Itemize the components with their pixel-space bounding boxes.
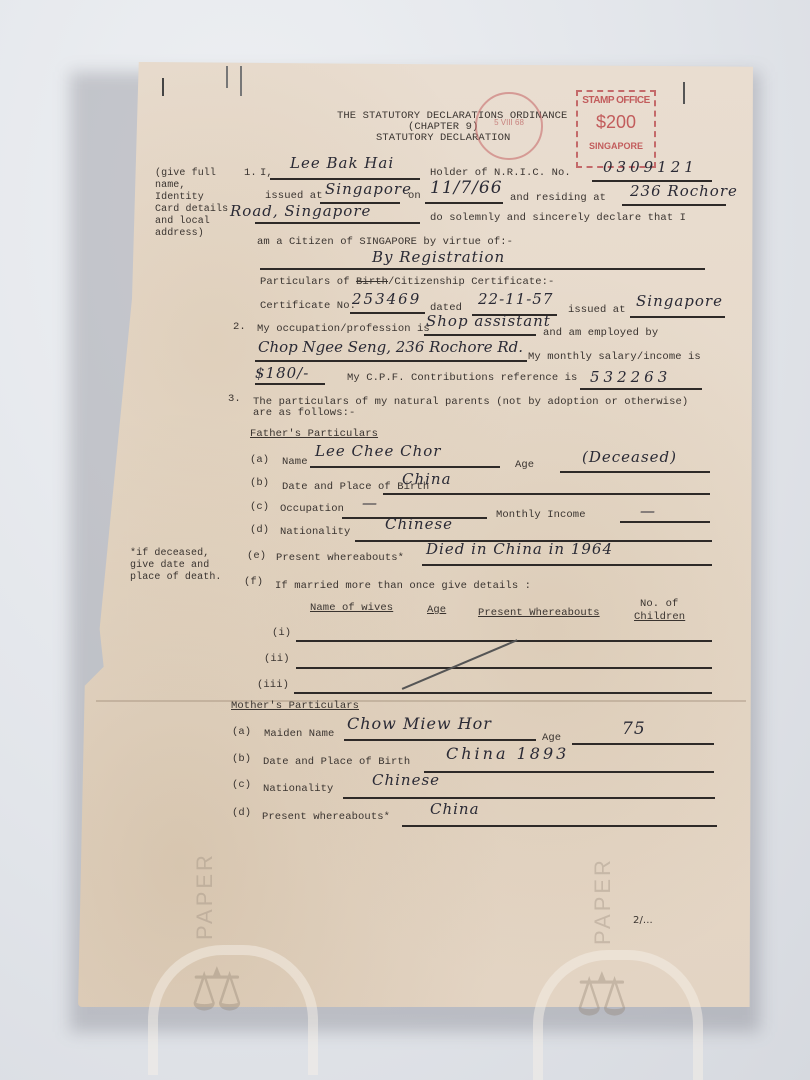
field-line [260, 268, 705, 270]
certificate-number: 253469 [352, 290, 421, 308]
father-d-label: (d) [250, 524, 269, 536]
father-a-label: (a) [250, 454, 269, 466]
wives-col-whereabouts: Present Whereabouts [478, 607, 600, 619]
father-nationality-label: Nationality [280, 526, 350, 538]
label-employed-by: and am employed by [543, 327, 658, 339]
label-citizen: am a Citizen of SINGAPORE by virtue of:- [257, 236, 513, 248]
scales-of-justice-icon: ⚖ [575, 960, 629, 1030]
cpf-reference: 532263 [590, 368, 671, 386]
pencil-mark [240, 66, 242, 96]
nric-number: 0309121 [603, 158, 698, 176]
employer: Chop Ngee Seng, 236 Rochore Rd. [258, 338, 523, 356]
father-age: (Deceased) [582, 448, 677, 466]
pencil-mark [226, 66, 228, 88]
father-income: — [640, 502, 656, 520]
mother-name-label: Maiden Name [264, 728, 334, 740]
margin-note-line: name, [155, 180, 186, 191]
mother-nationality-label: Nationality [263, 783, 333, 795]
wife-row-iii: (iii) [257, 679, 289, 691]
father-whereabouts-label: Present whereabouts* [276, 552, 404, 564]
margin-note-line: address) [155, 228, 204, 239]
father-b-label: (b) [250, 477, 269, 489]
field-line [422, 564, 712, 566]
field-line [425, 202, 503, 204]
wives-col-name: Name of wives [310, 602, 393, 614]
mother-nationality: Chinese [372, 771, 440, 789]
field-line [350, 312, 425, 314]
monthly-salary: $180/- [255, 364, 309, 382]
father-f-label: (f) [244, 576, 263, 588]
field-line [383, 493, 710, 495]
father-c-label: (c) [250, 501, 269, 513]
label-salary: My monthly salary/income is [528, 351, 701, 363]
label-particulars: Particulars of Birth/Citizenship Certifi… [260, 276, 554, 288]
nric-issue-date: 11/7/66 [430, 178, 503, 198]
father-occupation: — [362, 494, 378, 512]
field-line [560, 471, 710, 473]
address-line-2: Road, Singapore [230, 202, 371, 220]
paper-fold [96, 700, 746, 702]
margin-note-line: (give full [155, 168, 216, 179]
margin-note-line: and local [155, 216, 210, 227]
wives-col-children-2: Children [634, 611, 685, 623]
label-occupation: My occupation/profession is [257, 323, 430, 335]
father-age-label: Age [515, 459, 534, 471]
father-e-label: (e) [247, 550, 266, 562]
field-line [424, 771, 714, 773]
wives-col-children-1: No. of [640, 598, 678, 610]
wife-row-line [294, 692, 712, 694]
label-cert-issued-at: issued at [568, 304, 626, 316]
mother-d-label: (d) [232, 807, 251, 819]
father-name-label: Name [282, 456, 308, 468]
stamp-office-mark: STAMP OFFICE $200 SINGAPORE [576, 90, 656, 168]
margin-note-line: Identity [155, 192, 204, 203]
field-line [580, 388, 702, 390]
father-nationality: Chinese [385, 515, 453, 533]
field-line [255, 222, 420, 224]
mother-whereabouts-label: Present whereabouts* [262, 811, 390, 823]
label-issued-at: issued at [265, 190, 323, 202]
field-line [572, 743, 714, 745]
mother-b-label: (b) [232, 753, 251, 765]
wife-row-ii: (ii) [264, 653, 290, 665]
label-residing: and residing at [510, 192, 606, 204]
section-1-number: 1. [244, 167, 257, 179]
certificate-date: 22-11-57 [478, 290, 553, 308]
citizenship-virtue: By Registration [372, 248, 505, 266]
declarant-name: Lee Bak Hai [290, 154, 394, 172]
father-birth: China [402, 470, 452, 488]
mother-age-label: Age [542, 732, 561, 744]
label-declare: do solemnly and sincerely declare that I [430, 212, 686, 224]
father-name: Lee Chee Chor [315, 442, 441, 460]
wife-row-line [296, 667, 712, 669]
field-line [402, 825, 717, 827]
occupation: Shop assistant [426, 312, 551, 330]
margin-note-line: Card details [155, 204, 228, 215]
wives-col-age: Age [427, 604, 446, 616]
mother-c-label: (c) [232, 779, 251, 791]
father-married-label: If married more than once give details : [275, 580, 531, 592]
mother-whereabouts: China [430, 800, 480, 818]
mother-maiden-name: Chow Miew Hor [347, 714, 492, 733]
mother-age: 75 [622, 719, 646, 739]
margin-note-line: place of death. [130, 572, 222, 583]
label-on: on [408, 190, 421, 202]
address-line-1: 236 Rochore [630, 182, 738, 200]
margin-note-line: give date and [130, 560, 209, 571]
certificate-issued-at: Singapore [636, 292, 723, 310]
mother-heading: Mother's Particulars [231, 700, 359, 712]
page-continuation: 2/... [633, 915, 653, 926]
wife-row-line [296, 640, 712, 642]
father-heading: Father's Particulars [250, 428, 378, 440]
section-2-number: 2. [233, 321, 246, 333]
father-occupation-label: Occupation [280, 503, 344, 515]
section-3-number: 3. [228, 393, 241, 405]
parents-intro-2: are as follows:- [253, 407, 355, 419]
watermark-paper-left: PAPER [192, 852, 218, 940]
mother-a-label: (a) [232, 726, 251, 738]
label-cert-no: Certificate No: [260, 300, 356, 312]
label-cpf: My C.P.F. Contributions reference is [347, 372, 577, 384]
field-line [310, 466, 500, 468]
field-line [255, 360, 527, 362]
field-line [424, 334, 536, 336]
father-income-label: Monthly Income [496, 509, 586, 521]
field-line [344, 739, 536, 741]
field-line [620, 521, 710, 523]
field-line [343, 797, 715, 799]
field-line [622, 204, 726, 206]
mother-birth: China 1893 [446, 744, 569, 763]
pencil-mark [683, 82, 685, 104]
field-line [630, 316, 725, 318]
field-line [255, 383, 325, 385]
postmark: 5 VIII 68 [475, 92, 543, 160]
mother-dob-label: Date and Place of Birth [263, 756, 410, 768]
nric-issued-at: Singapore [325, 180, 412, 198]
scales-of-justice-icon: ⚖ [190, 955, 244, 1025]
father-whereabouts: Died in China in 1964 [426, 540, 613, 558]
margin-note-line: *if deceased, [130, 548, 209, 559]
watermark-paper-right: PAPER [590, 857, 616, 945]
pencil-mark [162, 78, 164, 96]
wife-row-i: (i) [272, 627, 291, 639]
